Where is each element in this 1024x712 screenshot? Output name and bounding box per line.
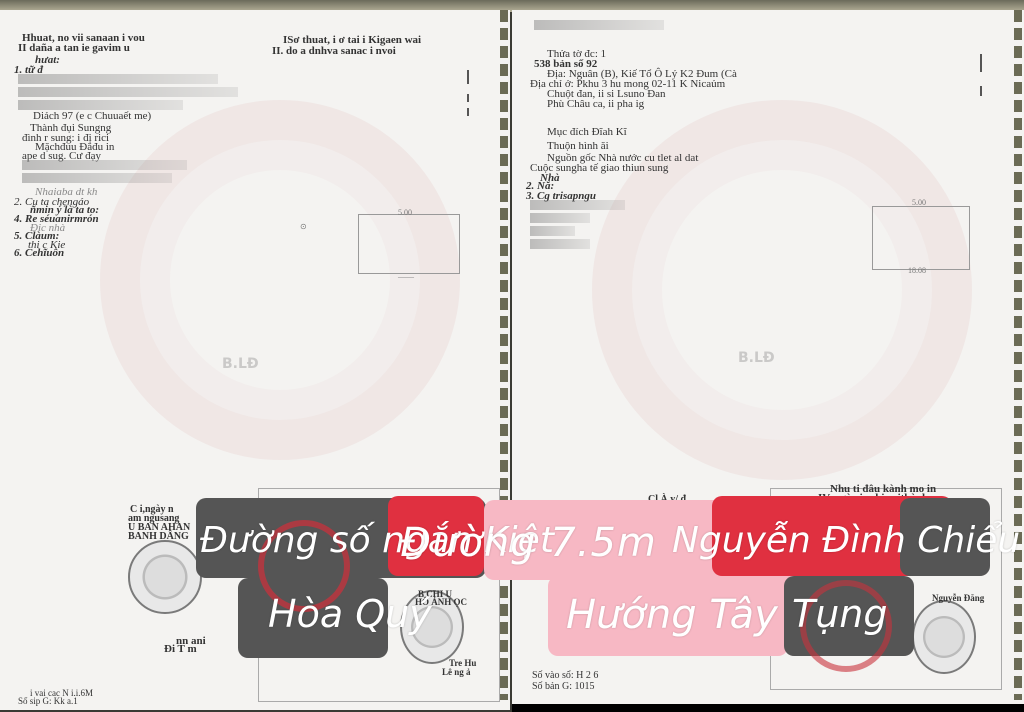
obscured-header bbox=[534, 20, 994, 33]
land-plot-diagram bbox=[358, 214, 460, 274]
north-arrow-mark bbox=[980, 54, 982, 72]
plot-dimension: 18.08 bbox=[908, 266, 926, 275]
official-stamp bbox=[912, 600, 976, 674]
plot-dimension: ⊙ bbox=[300, 222, 307, 231]
obscured-text-lines bbox=[18, 74, 238, 113]
detail-line: Mục đích Đĩah Kĩ bbox=[547, 126, 627, 138]
item-label: 6. Cehĩuôn bbox=[14, 247, 64, 259]
overlay-street-name: Nguyễn Đình Chiểu bbox=[672, 520, 1020, 561]
signer-name: Nguyễn Đăng bbox=[932, 592, 984, 604]
watermark-logo: B.LĐ bbox=[738, 350, 775, 366]
detail-line: Thuộn hình ăi bbox=[547, 140, 609, 152]
obscured-text-lines bbox=[22, 160, 192, 186]
footer-text: Số bản G: 1015 bbox=[532, 681, 595, 693]
plot-dimension: —— bbox=[398, 272, 414, 281]
overlay-road-width: Đường 7.5m bbox=[400, 520, 657, 566]
margin-mark bbox=[980, 86, 982, 96]
margin-mark bbox=[467, 108, 469, 116]
official-stamp bbox=[128, 540, 202, 614]
page-binding-stripe bbox=[500, 10, 508, 700]
right-header-line: II. do a dnhva sanac i nvoi bbox=[272, 45, 396, 57]
obscured-text-lines bbox=[530, 200, 630, 252]
footer-text: Số sip G: Kk a.1 bbox=[18, 695, 78, 707]
overlay-direction: Hướng Tây bbox=[566, 592, 778, 638]
scan-bottom-edge bbox=[512, 704, 1024, 712]
signer-line: Lê ng ả bbox=[442, 666, 471, 678]
margin-mark bbox=[467, 70, 469, 84]
watermark-logo: B.LĐ bbox=[222, 356, 259, 372]
land-plot-diagram bbox=[872, 206, 970, 270]
detail-line: Phù Châu ca, ii pha ig bbox=[547, 98, 644, 110]
left-header-line: II daña a tan ie gavim u bbox=[18, 42, 130, 54]
item-value: Diảch 97 (e c Chuuaết me) bbox=[33, 110, 151, 122]
plot-dimension: 5.00 bbox=[398, 208, 412, 217]
margin-mark bbox=[467, 94, 469, 102]
signer-name: Đi T m bbox=[164, 643, 197, 655]
page-binding-stripe bbox=[1014, 10, 1022, 700]
plot-dimension: 5.00 bbox=[912, 198, 926, 207]
overlay-area: Hòa Quý bbox=[268, 592, 432, 636]
overlay-text-right: Tụng bbox=[792, 592, 888, 636]
